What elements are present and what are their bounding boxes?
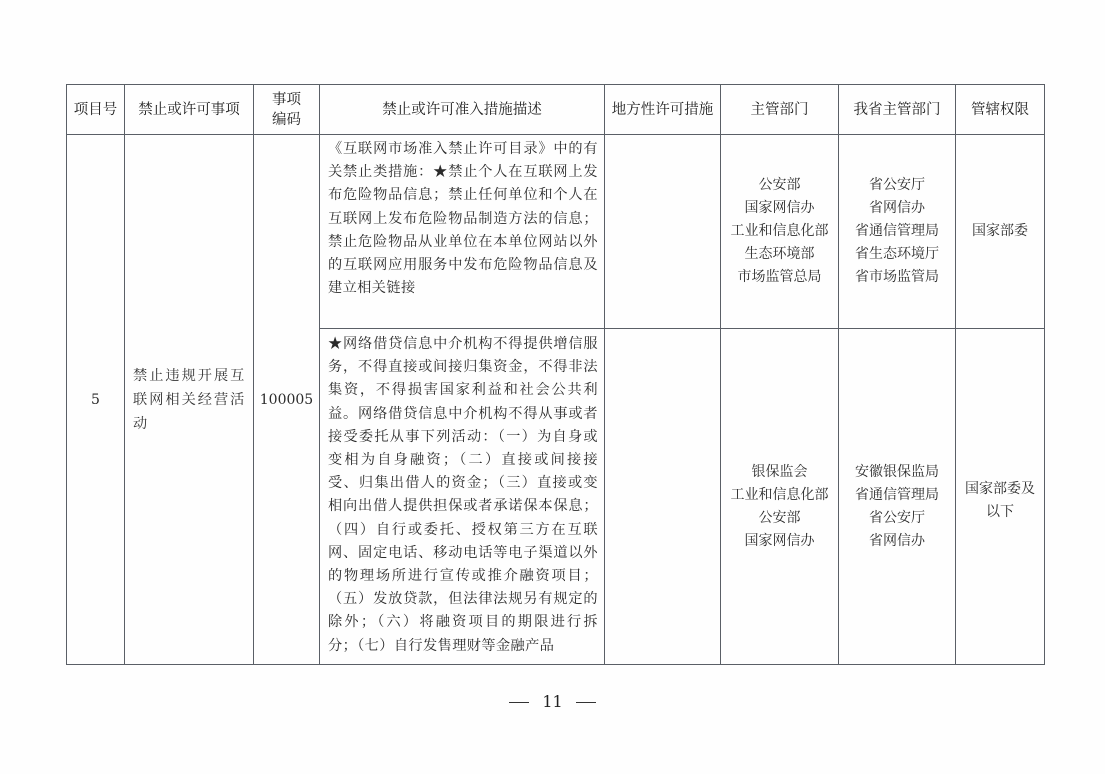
market-access-table: 项目号 禁止或许可事项 事项 编码 禁止或许可准入措施描述 地方性许可措施 主管… bbox=[66, 84, 1045, 665]
header-item-name: 禁止或许可事项 bbox=[125, 85, 254, 135]
header-code-line-2: 编码 bbox=[254, 110, 319, 130]
table-row: 5 禁止违规开展互联网相关经营活动 100005 《互联网市场准入禁止许可目录》… bbox=[67, 135, 1045, 329]
header-code-line-1: 事项 bbox=[254, 90, 319, 110]
description-text: ★网络借贷信息中介机构不得提供增信服务，不得直接或间接归集资金，不得非法集资，不… bbox=[328, 336, 598, 654]
department-name: 国家网信办 bbox=[721, 530, 838, 553]
header-local-permit: 地方性许可措施 bbox=[605, 85, 721, 135]
department-name: 生态环境部 bbox=[721, 243, 838, 266]
local-permit-cell bbox=[605, 135, 721, 329]
item-name: 禁止违规开展互联网相关经营活动 bbox=[133, 368, 246, 432]
document-page: 项目号 禁止或许可事项 事项 编码 禁止或许可准入措施描述 地方性许可措施 主管… bbox=[0, 0, 1105, 774]
dash-left bbox=[509, 702, 529, 703]
item-number: 5 bbox=[91, 392, 100, 408]
table-header-row: 项目号 禁止或许可事项 事项 编码 禁止或许可准入措施描述 地方性许可措施 主管… bbox=[67, 85, 1045, 135]
provincial-department-name: 省市场监管局 bbox=[839, 266, 955, 289]
department-name: 工业和信息化部 bbox=[721, 484, 838, 507]
header-item-code: 事项 编码 bbox=[254, 85, 320, 135]
header-description: 禁止或许可准入措施描述 bbox=[320, 85, 605, 135]
department-cell: 公安部 国家网信办 工业和信息化部 生态环境部 市场监管总局 bbox=[721, 135, 839, 329]
item-code: 100005 bbox=[260, 392, 313, 408]
provincial-department-name: 省通信管理局 bbox=[839, 484, 955, 507]
provincial-department-name: 省生态环境厅 bbox=[839, 243, 955, 266]
provincial-department-name: 省公安厅 bbox=[839, 174, 955, 197]
jurisdiction-cell: 国家部委及 以下 bbox=[956, 329, 1045, 665]
provincial-department-name: 省通信管理局 bbox=[839, 220, 955, 243]
description-text: 《互联网市场准入禁止许可目录》中的有关禁止类措施：★禁止个人在互联网上发布危险物… bbox=[328, 141, 598, 296]
header-provincial-department: 我省主管部门 bbox=[839, 85, 956, 135]
item-number-cell: 5 bbox=[67, 135, 125, 665]
provincial-department-cell: 省公安厅 省网信办 省通信管理局 省生态环境厅 省市场监管局 bbox=[839, 135, 956, 329]
provincial-department-name: 安徽银保监局 bbox=[839, 461, 955, 484]
item-name-cell: 禁止违规开展互联网相关经营活动 bbox=[125, 135, 254, 665]
jurisdiction-text: 以下 bbox=[956, 501, 1044, 524]
department-name: 公安部 bbox=[721, 507, 838, 530]
provincial-department-name: 省公安厅 bbox=[839, 507, 955, 530]
description-cell: ★网络借贷信息中介机构不得提供增信服务，不得直接或间接归集资金，不得非法集资，不… bbox=[320, 329, 605, 665]
department-name: 市场监管总局 bbox=[721, 266, 838, 289]
item-code-cell: 100005 bbox=[254, 135, 320, 665]
page-number: 11 bbox=[542, 692, 562, 711]
local-permit-cell bbox=[605, 329, 721, 665]
page-footer: 11 bbox=[0, 692, 1105, 711]
jurisdiction-cell: 国家部委 bbox=[956, 135, 1045, 329]
header-jurisdiction: 管辖权限 bbox=[956, 85, 1045, 135]
header-department: 主管部门 bbox=[721, 85, 839, 135]
department-name: 国家网信办 bbox=[721, 197, 838, 220]
description-cell: 《互联网市场准入禁止许可目录》中的有关禁止类措施：★禁止个人在互联网上发布危险物… bbox=[320, 135, 605, 329]
jurisdiction-text: 国家部委 bbox=[972, 223, 1028, 239]
provincial-department-name: 省网信办 bbox=[839, 530, 955, 553]
department-name: 公安部 bbox=[721, 174, 838, 197]
department-cell: 银保监会 工业和信息化部 公安部 国家网信办 bbox=[721, 329, 839, 665]
department-name: 银保监会 bbox=[721, 461, 838, 484]
provincial-department-cell: 安徽银保监局 省通信管理局 省公安厅 省网信办 bbox=[839, 329, 956, 665]
department-name: 工业和信息化部 bbox=[721, 220, 838, 243]
header-item-number: 项目号 bbox=[67, 85, 125, 135]
jurisdiction-text: 国家部委及 bbox=[956, 478, 1044, 501]
dash-right bbox=[576, 702, 596, 703]
provincial-department-name: 省网信办 bbox=[839, 197, 955, 220]
